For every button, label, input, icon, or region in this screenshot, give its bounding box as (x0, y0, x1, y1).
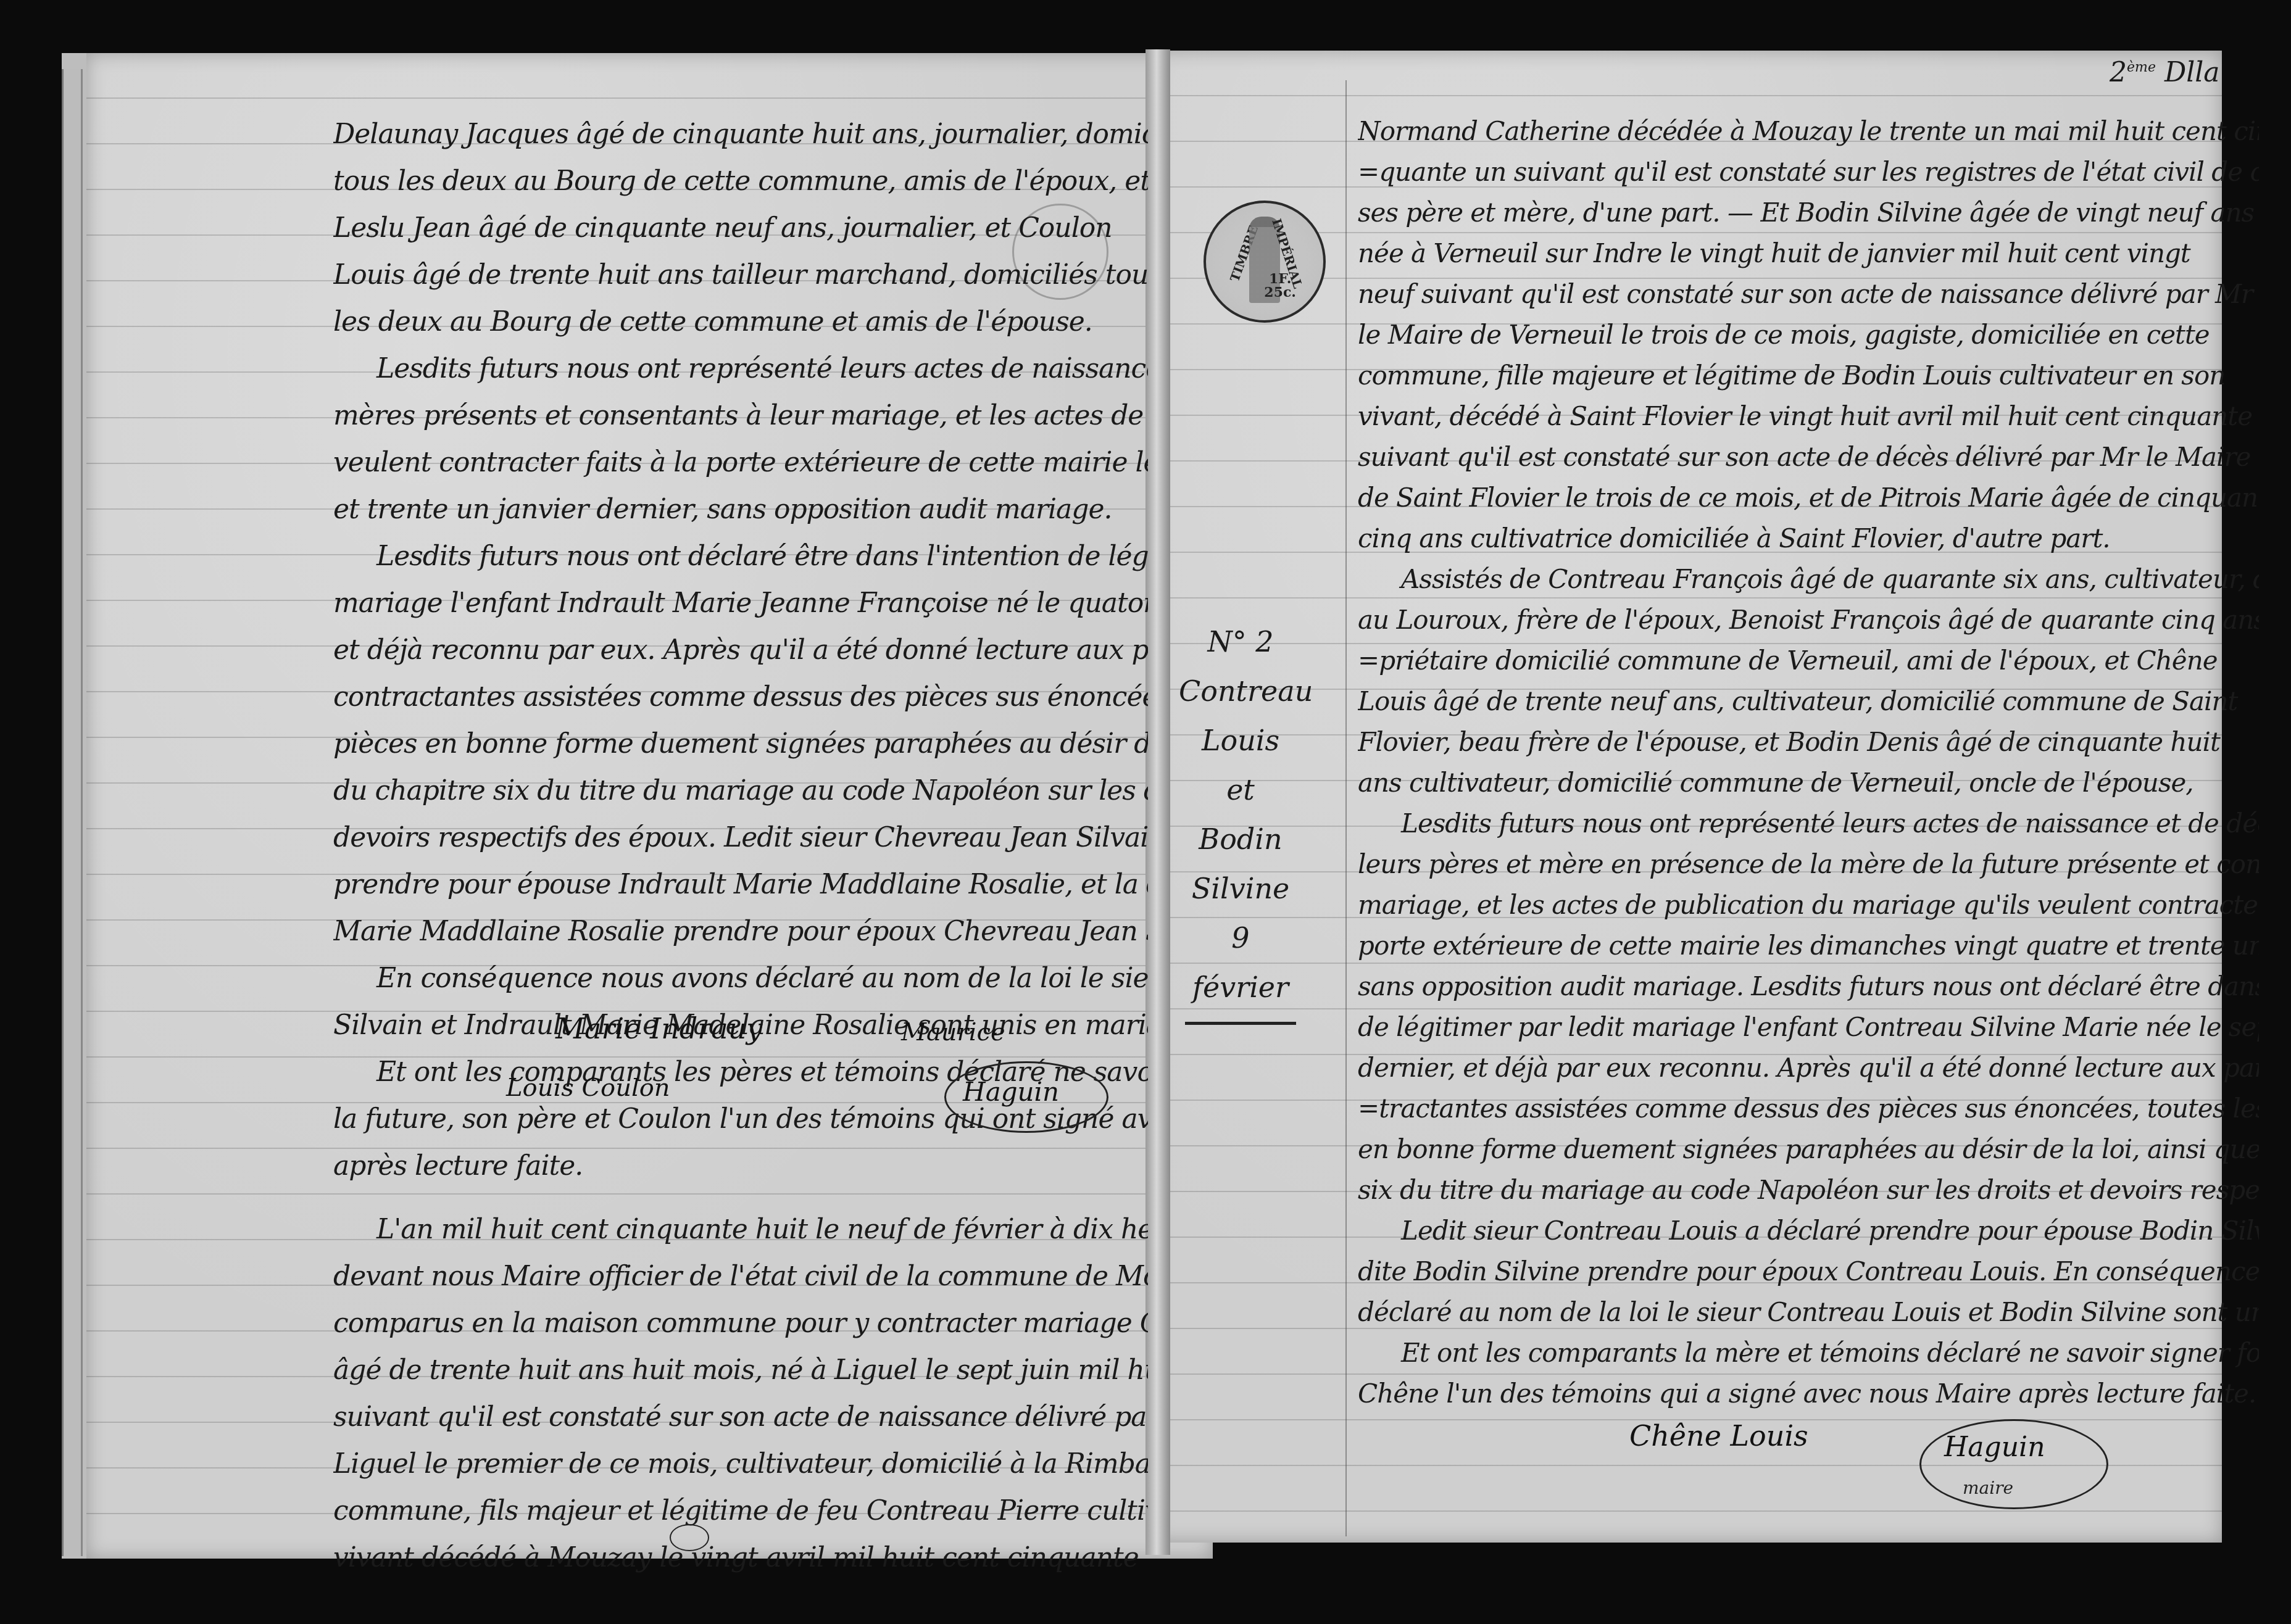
text-line: déclaré au nom de la loi le sieur Contre… (1358, 1292, 2259, 1333)
text-line: Marie Maddlaine Rosalie prendre pour épo… (333, 908, 1148, 955)
text-line: leurs pères et mère en présence de la mè… (1358, 844, 2259, 885)
text-line: Ledit sieur Contreau Louis a déclaré pre… (1358, 1211, 2259, 1251)
text-line: Louis âgé de trente neuf ans, cultivateu… (1358, 681, 2259, 722)
text-line: devant nous Maire officier de l'état civ… (333, 1253, 1148, 1300)
text-line: Lesdits futurs nous ont représenté leurs… (1358, 803, 2259, 844)
text-line: =tractantes assistées comme dessus des p… (1358, 1088, 2259, 1129)
stamp-value: 1F. 25c. (1264, 272, 1296, 299)
entry-underline (1185, 1022, 1296, 1025)
text-line: Et ont les comparants la mère et témoins… (1358, 1333, 2259, 1373)
text-line: née à Verneuil sur Indre le vingt huit d… (1358, 233, 2259, 274)
text-line: mères présents et consentants à leur mar… (333, 392, 1148, 439)
text-line: devoirs respectifs des époux. Ledit sieu… (333, 814, 1148, 861)
text-line: mariage l'enfant Indrault Marie Jeanne F… (333, 580, 1148, 627)
text-line: porte extérieure de cette mairie les dim… (1358, 926, 2259, 966)
text-line: les deux au Bourg de cette commune et am… (333, 299, 1148, 346)
text-line: veulent contracter faits à la porte exté… (333, 439, 1148, 486)
text-line: six du titre du mariage au code Napoléon… (1358, 1170, 2259, 1211)
text-line: contractantes assistées comme dessus des… (333, 674, 1148, 721)
signature-father: Maurice (901, 1018, 1005, 1046)
text-line: commune, fille majeure et légitime de Bo… (1358, 355, 2259, 396)
text-line: Chêne l'un des témoins qui a signé avec … (1358, 1373, 2259, 1414)
text-line: cinq ans cultivatrice domiciliée à Saint… (1358, 518, 2259, 559)
right-page-text: Normand Catherine décédée à Mouzay le tr… (1358, 111, 2259, 1414)
book-gutter (1145, 49, 1170, 1555)
corner-suffix: ème (2127, 60, 2156, 75)
text-line: tous les deux au Bourg de cette commune,… (333, 158, 1148, 205)
text-line: suivant qu'il est constaté sur son acte … (1358, 437, 2259, 478)
entry-bride: Bodin Silvine (1179, 814, 1302, 913)
text-line: neuf suivant qu'il est constaté sur son … (1358, 274, 2259, 315)
tax-stamp-icon: TIMBRE IMPÉRIAL 1F. 25c. (1204, 201, 1326, 323)
text-line: Normand Catherine décédée à Mouzay le tr… (1358, 111, 2259, 152)
text-line: Leslu Jean âgé de cinquante neuf ans, jo… (333, 205, 1148, 252)
footer-paraph-icon (670, 1524, 709, 1551)
text-line: au Louroux, frère de l'époux, Benoist Fr… (1358, 600, 2259, 640)
signature-bride: Marie Indrauy (555, 1012, 762, 1045)
text-line: prendre pour épouse Indrault Marie Maddl… (333, 861, 1148, 908)
text-line: âgé de trente huit ans huit mois, né à L… (333, 1347, 1148, 1394)
text-line: Assistés de Contreau François âgé de qua… (1358, 559, 2259, 600)
right-margin-rule (1345, 80, 1347, 1536)
margin-entry: N° 2 Contreau Louis et Bodin Silvine 9 f… (1179, 617, 1302, 1025)
left-page-act2: L'an mil huit cent cinquante huit le neu… (333, 1206, 1148, 1581)
text-line: Lesdits futurs nous ont déclaré être dan… (333, 533, 1148, 580)
signature-witness-right: Chêne Louis (1629, 1419, 1808, 1452)
register-spread: 2ème Dlla TIMBRE IMPÉRIAL 1F. 25c. N° 2 … (0, 0, 2291, 1624)
stamp-value-centimes: 25c. (1264, 286, 1296, 299)
text-line: après lecture faite. (333, 1143, 1148, 1190)
corner-number: 2 (2110, 57, 2127, 88)
corner-initials: Dlla (2164, 57, 2220, 88)
corner-annotation: 2ème Dlla (2110, 57, 2220, 88)
text-line: pièces en bonne forme duement signées pa… (333, 721, 1148, 768)
text-line: et déjà reconnu par eux. Après qu'il a é… (333, 627, 1148, 674)
text-line: Flovier, beau frère de l'épouse, et Bodi… (1358, 722, 2259, 763)
text-line: de Saint Flovier le trois de ce mois, et… (1358, 478, 2259, 518)
text-line: Liguel le premier de ce mois, cultivateu… (333, 1441, 1148, 1488)
text-line: suivant qu'il est constaté sur son acte … (333, 1394, 1148, 1441)
text-line: comparus en la maison commune pour y con… (333, 1300, 1148, 1347)
text-line: Delaunay Jacques âgé de cinquante huit a… (333, 111, 1148, 158)
signature-witness: Louis Coulon (506, 1074, 670, 1102)
text-line: Lesdits futurs nous ont représenté leurs… (333, 346, 1148, 392)
text-line: et trente un janvier dernier, sans oppos… (333, 486, 1148, 533)
text-line: =priétaire domicilié commune de Verneuil… (1358, 640, 2259, 681)
signature-mayor-right: Haguin (1944, 1431, 2045, 1463)
text-line: ans cultivateur, domicilié commune de Ve… (1358, 763, 2259, 803)
entry-groom: Contreau Louis (1179, 666, 1302, 765)
text-line: =quante un suivant qu'il est constaté su… (1358, 152, 2259, 193)
text-line: vivant, décédé à Saint Flovier le vingt … (1358, 396, 2259, 437)
page-edge-stack (62, 69, 83, 1556)
text-line: Louis âgé de trente huit ans tailleur ma… (333, 252, 1148, 299)
text-line: commune, fils majeur et légitime de feu … (333, 1488, 1148, 1535)
entry-date: 9 février (1179, 913, 1302, 1012)
entry-conjunction: et (1179, 765, 1302, 814)
text-line: ses père et mère, d'une part. — Et Bodin… (1358, 193, 2259, 233)
text-line: dite Bodin Silvine prendre pour époux Co… (1358, 1251, 2259, 1292)
text-line: dernier, et déjà par eux reconnu. Après … (1358, 1048, 2259, 1088)
stamp-value-francs: 1F. (1264, 272, 1296, 286)
signature-mayor-left: Haguin (963, 1077, 1059, 1107)
text-line: en bonne forme duement signées paraphées… (1358, 1129, 2259, 1170)
text-line: sans opposition audit mariage. Lesdits f… (1358, 966, 2259, 1007)
text-line: L'an mil huit cent cinquante huit le neu… (333, 1206, 1148, 1253)
entry-number: N° 2 (1179, 617, 1302, 666)
text-line: mariage, et les actes de publication du … (1358, 885, 2259, 926)
text-line: le Maire de Verneuil le trois de ce mois… (1358, 315, 2259, 355)
text-line: vivant décédé à Mouzay le vingt avril mi… (333, 1535, 1148, 1581)
text-line: de légitimer par ledit mariage l'enfant … (1358, 1007, 2259, 1048)
text-line: En conséquence nous avons déclaré au nom… (333, 955, 1148, 1002)
mayor-title: maire (1963, 1478, 2013, 1498)
text-line: du chapitre six du titre du mariage au c… (333, 768, 1148, 814)
